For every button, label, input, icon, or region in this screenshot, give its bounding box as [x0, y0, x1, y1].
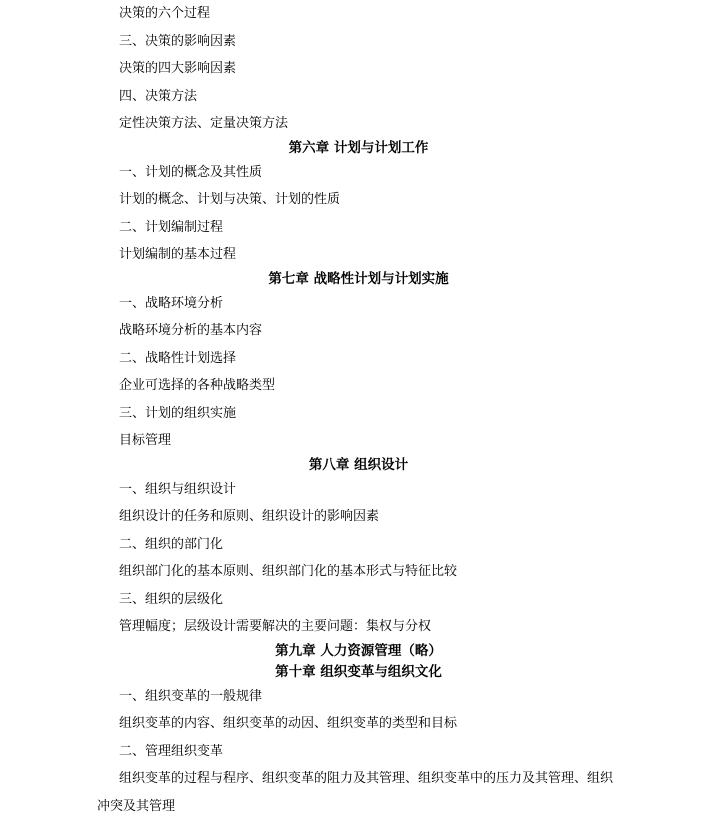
- document-line: 二、战略性计划选择: [97, 345, 620, 373]
- document-line: 三、计划的组织实施: [97, 400, 620, 428]
- document-line: 二、组织的部门化: [97, 531, 620, 559]
- document-line: 战略环境分析的基本内容: [97, 317, 620, 345]
- document-line: 一、战略环境分析: [97, 290, 620, 318]
- document-line: 一、组织与组织设计: [97, 476, 620, 504]
- document-line: 三、组织的层级化: [97, 586, 620, 614]
- document-line: 二、计划编制过程: [97, 214, 620, 242]
- document-line: 组织设计的任务和原则、组织设计的影响因素: [97, 503, 620, 531]
- chapter-heading: 第九章 人力资源管理（略）: [97, 641, 620, 662]
- document-line: 管理幅度；层级设计需要解决的主要问题：集权与分权: [97, 613, 620, 641]
- document-line: 组织变革的内容、组织变革的动因、组织变革的类型和目标: [97, 710, 620, 738]
- document-line: 企业可选择的各种战略类型: [97, 372, 620, 400]
- chapter-heading: 第十章 组织变革与组织文化: [97, 662, 620, 683]
- document-content: 决策的六个过程三、决策的影响因素决策的四大影响因素四、决策方法定性决策方法、定量…: [0, 0, 710, 820]
- chapter-heading: 第七章 战略性计划与计划实施: [97, 269, 620, 290]
- document-line: 组织变革的过程与程序、组织变革的阻力及其管理、组织变革中的压力及其管理、组织: [97, 765, 620, 793]
- document-line: 计划编制的基本过程: [97, 241, 620, 269]
- chapter-heading: 第八章 组织设计: [97, 455, 620, 476]
- document-line: 决策的四大影响因素: [97, 55, 620, 83]
- document-line: 决策的六个过程: [97, 0, 620, 28]
- document-line: 冲突及其管理: [97, 793, 620, 821]
- document-line: 三、决策的影响因素: [97, 28, 620, 56]
- document-line: 一、计划的概念及其性质: [97, 159, 620, 187]
- document-line: 定性决策方法、定量决策方法: [97, 110, 620, 138]
- chapter-heading: 第六章 计划与计划工作: [97, 138, 620, 159]
- document-line: 四、决策方法: [97, 83, 620, 111]
- document-line: 组织部门化的基本原则、组织部门化的基本形式与特征比较: [97, 558, 620, 586]
- document-page: 决策的六个过程三、决策的影响因素决策的四大影响因素四、决策方法定性决策方法、定量…: [0, 0, 710, 825]
- document-line: 目标管理: [97, 427, 620, 455]
- document-line: 二、管理组织变革: [97, 738, 620, 766]
- document-line: 一、组织变革的一般规律: [97, 683, 620, 711]
- document-line: 计划的概念、计划与决策、计划的性质: [97, 186, 620, 214]
